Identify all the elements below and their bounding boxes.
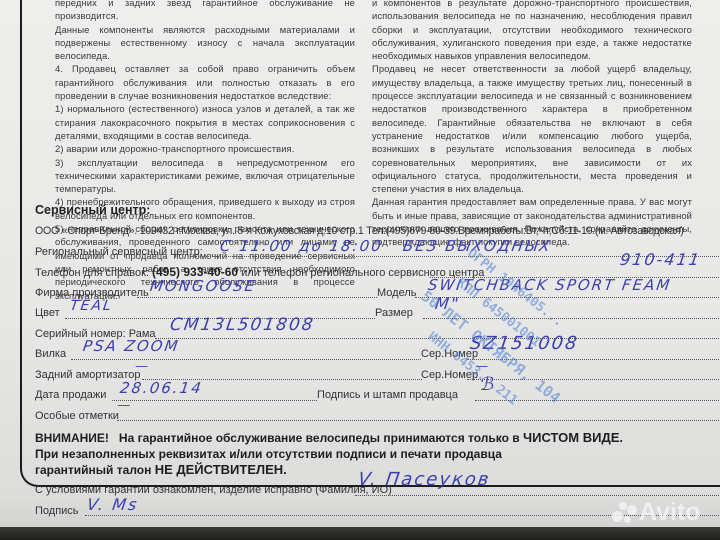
- size-label: Размер: [375, 303, 413, 324]
- terms-paragraph: и компонентов в результате дорожно-транс…: [372, 0, 692, 62]
- rear-shock-value: —: [134, 357, 152, 378]
- fork-label: Вилка: [35, 344, 66, 365]
- notes-row: Особые отметки —: [35, 406, 720, 427]
- warning-line-2: При незаполненных реквизитах и/или отсут…: [35, 446, 720, 462]
- color-row: Цвет TEAL Размер M": [35, 303, 720, 324]
- terms-paragraph: Продавец не несет ответственности за люб…: [372, 62, 692, 195]
- acknowledge-value: V. Пасеуков: [357, 470, 492, 491]
- terms-paragraph: 4. Продавец оставляет за собой право огр…: [55, 62, 355, 102]
- regional-center-label: Региональный сервисный центр:: [35, 242, 203, 263]
- fork-value: PSA ZOOM: [82, 336, 181, 357]
- frame-serial-value: CM13L501808: [169, 315, 316, 336]
- signature-value: V. Ms: [86, 495, 140, 516]
- regional-center-row: Региональный сервисный центр: С 11:00 до…: [35, 242, 720, 263]
- regional-center-value: С 11:00 до 18:00 БЕЗ ВЫХОДНЫХ: [219, 236, 553, 257]
- terms-paragraph: 1) нормального (естественного) износа уз…: [55, 102, 355, 142]
- seller-signature: ℬ: [479, 375, 498, 396]
- color-label: Цвет: [35, 303, 60, 324]
- signature-label: Подпись: [35, 501, 79, 522]
- notes-value: —: [116, 396, 134, 417]
- table-edge: [0, 527, 720, 540]
- notes-label: Особые отметки: [35, 406, 119, 427]
- sale-date-label: Дата продажи: [35, 385, 106, 406]
- service-title: Сервисный центр:: [35, 203, 720, 221]
- regional-phone-value: 910-411: [619, 250, 703, 271]
- avito-text: Avito: [639, 498, 701, 527]
- service-section: Сервисный центр: ООО «Спорт-Бренд». 1094…: [35, 203, 720, 521]
- fork-serial-value: SZ151008: [469, 334, 580, 355]
- avito-watermark: Avito: [612, 498, 701, 527]
- rear-shock-serial-label: Сер.Номер: [421, 365, 478, 386]
- sale-date-row: Дата продажи 28.06.14 Подпись и штамп пр…: [35, 385, 720, 406]
- model-label: Модель: [377, 283, 416, 304]
- size-value: M": [434, 294, 462, 315]
- manufacturer-row: Фирма производитель MONGOOSE Модель SWIT…: [35, 283, 720, 304]
- manufacturer-value: MONGOOSE: [149, 276, 258, 297]
- warning-line-3: гарантийный талон: [35, 463, 155, 477]
- avito-logo-icon: [612, 502, 636, 524]
- terms-paragraph: передних и задних звезд гарантийное обсл…: [55, 0, 355, 23]
- terms-paragraph: 3) эксплуатации велосипеда в непредусмот…: [55, 156, 355, 196]
- warning-clean-emphasis: ЧИСТОМ ВИДЕ.: [523, 430, 623, 445]
- phone-label: Телефон для справок:: [35, 267, 149, 279]
- warning-invalid-emphasis: НЕ ДЕЙСТВИТЕЛЕН.: [155, 462, 287, 477]
- model-value: SWITCHBACK SPORT FEAM: [427, 275, 673, 296]
- seller-signature-label: Подпись и штамп продавца: [317, 385, 458, 406]
- warning-line-1: ВНИМАНИЕ! На гарантийное обслуживание ве…: [35, 431, 523, 445]
- color-value: TEAL: [69, 296, 115, 317]
- terms-paragraph: Данные компоненты являются расходными ма…: [55, 23, 355, 63]
- terms-paragraph: 2) аварии или дорожно-транспортного прои…: [55, 142, 355, 155]
